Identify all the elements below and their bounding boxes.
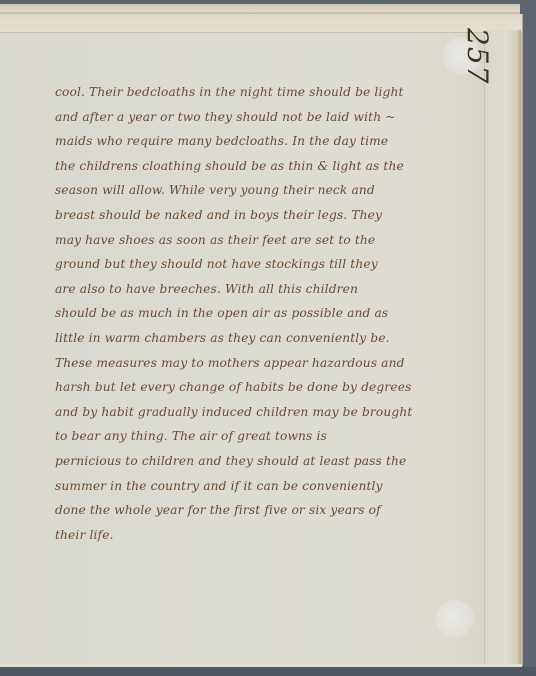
text-line: summer in the country and if it can be c… [55, 474, 455, 499]
folio-number: 257 [461, 28, 494, 84]
text-line: These measures may to mothers appear haz… [55, 351, 455, 376]
binding-hole-bottom [436, 600, 474, 638]
text-line: ground but they should not have stocking… [55, 252, 455, 277]
page-top-band [0, 14, 522, 33]
right-margin-strip [484, 30, 521, 666]
text-line: and by habit gradually induced children … [55, 400, 455, 425]
text-line: their life. [55, 523, 455, 548]
text-line: cool. Their bedcloaths in the night time… [55, 80, 455, 105]
text-line: should be as much in the open air as pos… [55, 301, 455, 326]
text-line: season will allow. While very young thei… [55, 178, 455, 203]
text-line: the childrens cloathing should be as thi… [55, 154, 455, 179]
text-line: little in warm chambers as they can conv… [55, 326, 455, 351]
text-line: to bear any thing. The air of great town… [55, 424, 455, 449]
text-line: pernicious to children and they should a… [55, 449, 455, 474]
text-line: breast should be naked and in boys their… [55, 203, 455, 228]
manuscript-text: cool. Their bedcloaths in the night time… [55, 80, 455, 547]
text-line: harsh but let every change of habits be … [55, 375, 455, 400]
text-line: are also to have breeches. With all this… [55, 277, 455, 302]
bottom-shadow [0, 667, 536, 676]
text-line: maids who require many bedcloaths. In th… [55, 129, 455, 154]
text-line: may have shoes as soon as their feet are… [55, 228, 455, 253]
text-line: done the whole year for the first five o… [55, 498, 455, 523]
text-line: and after a year or two they should not … [55, 105, 455, 130]
